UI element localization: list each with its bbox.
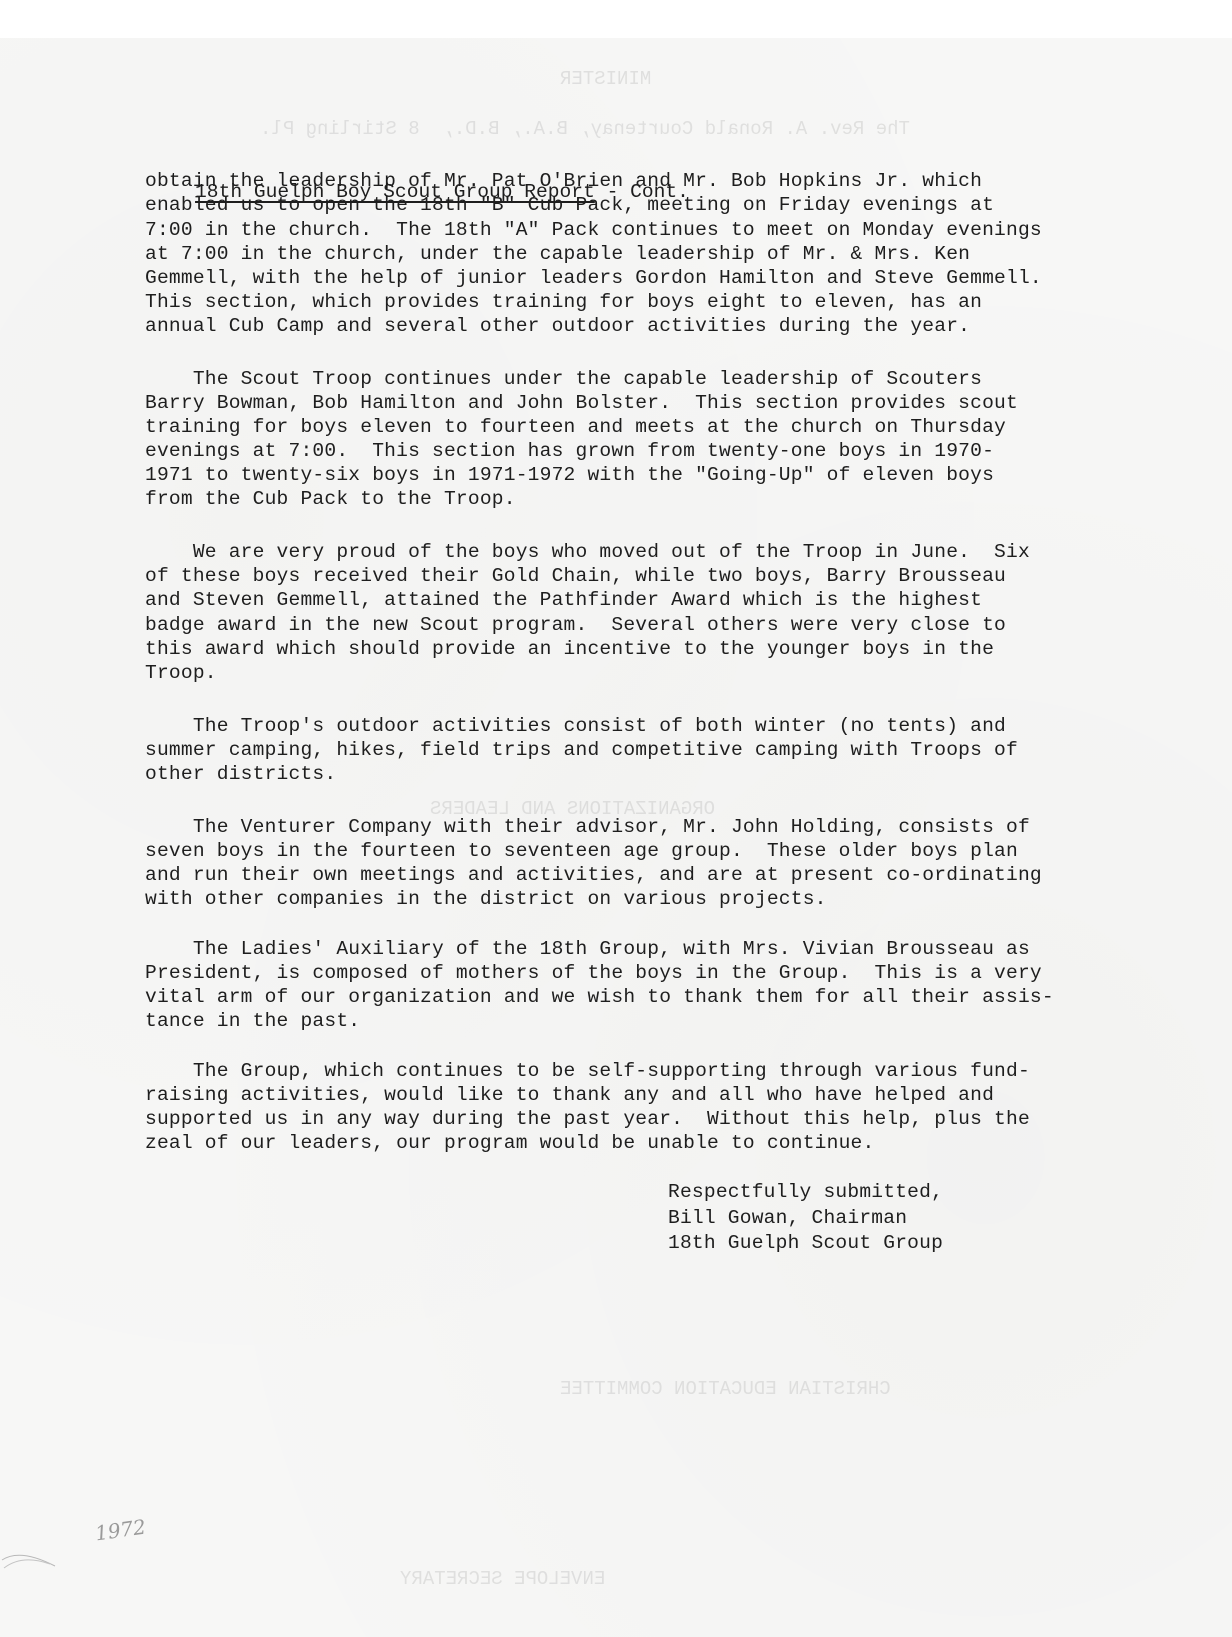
body-line: The Ladies' Auxiliary of the 18th Group,… [145,937,1030,961]
body-line: other districts. [145,762,336,786]
body-line: and Steven Gemmell, attained the Pathfin… [145,588,982,612]
body-line: supported us in any way during the past … [145,1107,1030,1131]
body-line: raising activities, would like to thank … [145,1083,994,1107]
body-line: President, is composed of mothers of the… [145,961,1042,985]
page-curl-mark [0,1548,60,1578]
body-line: 1971 to twenty-six boys in 1971-1972 wit… [145,463,994,487]
body-line: seven boys in the fourteen to seventeen … [145,839,1018,863]
bleed-through-text: MINISTER [560,68,651,90]
document-page: MINISTER The Rev. A. Ronald Courtenay, B… [0,38,1232,1637]
body-line: this award which should provide an incen… [145,637,994,661]
body-line: We are very proud of the boys who moved … [145,540,1030,564]
body-line: and run their own meetings and activitie… [145,863,1042,887]
bleed-through-text: CHRISTIAN EDUCATION COMMITTEE [560,1378,891,1400]
body-line: training for boys eleven to fourteen and… [145,415,1006,439]
body-line: evenings at 7:00. This section has grown… [145,439,994,463]
body-line: from the Cub Pack to the Troop. [145,487,516,511]
signature-name: Bill Gowan, Chairman [668,1206,907,1230]
signature-organization: 18th Guelph Scout Group [668,1231,943,1255]
body-line: The Group, which continues to be self-su… [145,1059,1030,1083]
body-line: summer camping, hikes, field trips and c… [145,738,1018,762]
handwritten-year-note: 1972 [94,1515,148,1546]
body-line: with other companies in the district on … [145,887,827,911]
body-line: tance in the past. [145,1009,360,1033]
body-line: The Scout Troop continues under the capa… [145,367,982,391]
body-line: The Troop's outdoor activities consist o… [145,714,1006,738]
bleed-through-text: ENVELOPE SECRETARY [400,1568,605,1590]
body-line: Troop. [145,661,217,685]
body-line: zeal of our leaders, our program would b… [145,1131,874,1155]
body-line: at 7:00 in the church, under the capable… [145,242,970,266]
body-line: vital arm of our organization and we wis… [145,985,1054,1009]
body-line: obtain the leadership of Mr. Pat O'Brien… [145,169,982,193]
body-line: The Venturer Company with their advisor,… [145,815,1030,839]
body-line: badge award in the new Scout program. Se… [145,613,1006,637]
body-line: 7:00 in the church. The 18th "A" Pack co… [145,218,1042,242]
body-line: enabled us to open the 18th "B" Cub Pack… [145,193,994,217]
signature-closing: Respectfully submitted, [668,1180,943,1204]
body-line: This section, which provides training fo… [145,290,982,314]
body-line: Barry Bowman, Bob Hamilton and John Bols… [145,391,1018,415]
body-line: of these boys received their Gold Chain,… [145,564,1006,588]
bleed-through-text: The Rev. A. Ronald Courtenay, B.A., B.D.… [260,118,910,140]
body-line: annual Cub Camp and several other outdoo… [145,314,970,338]
body-line: Gemmell, with the help of junior leaders… [145,266,1042,290]
